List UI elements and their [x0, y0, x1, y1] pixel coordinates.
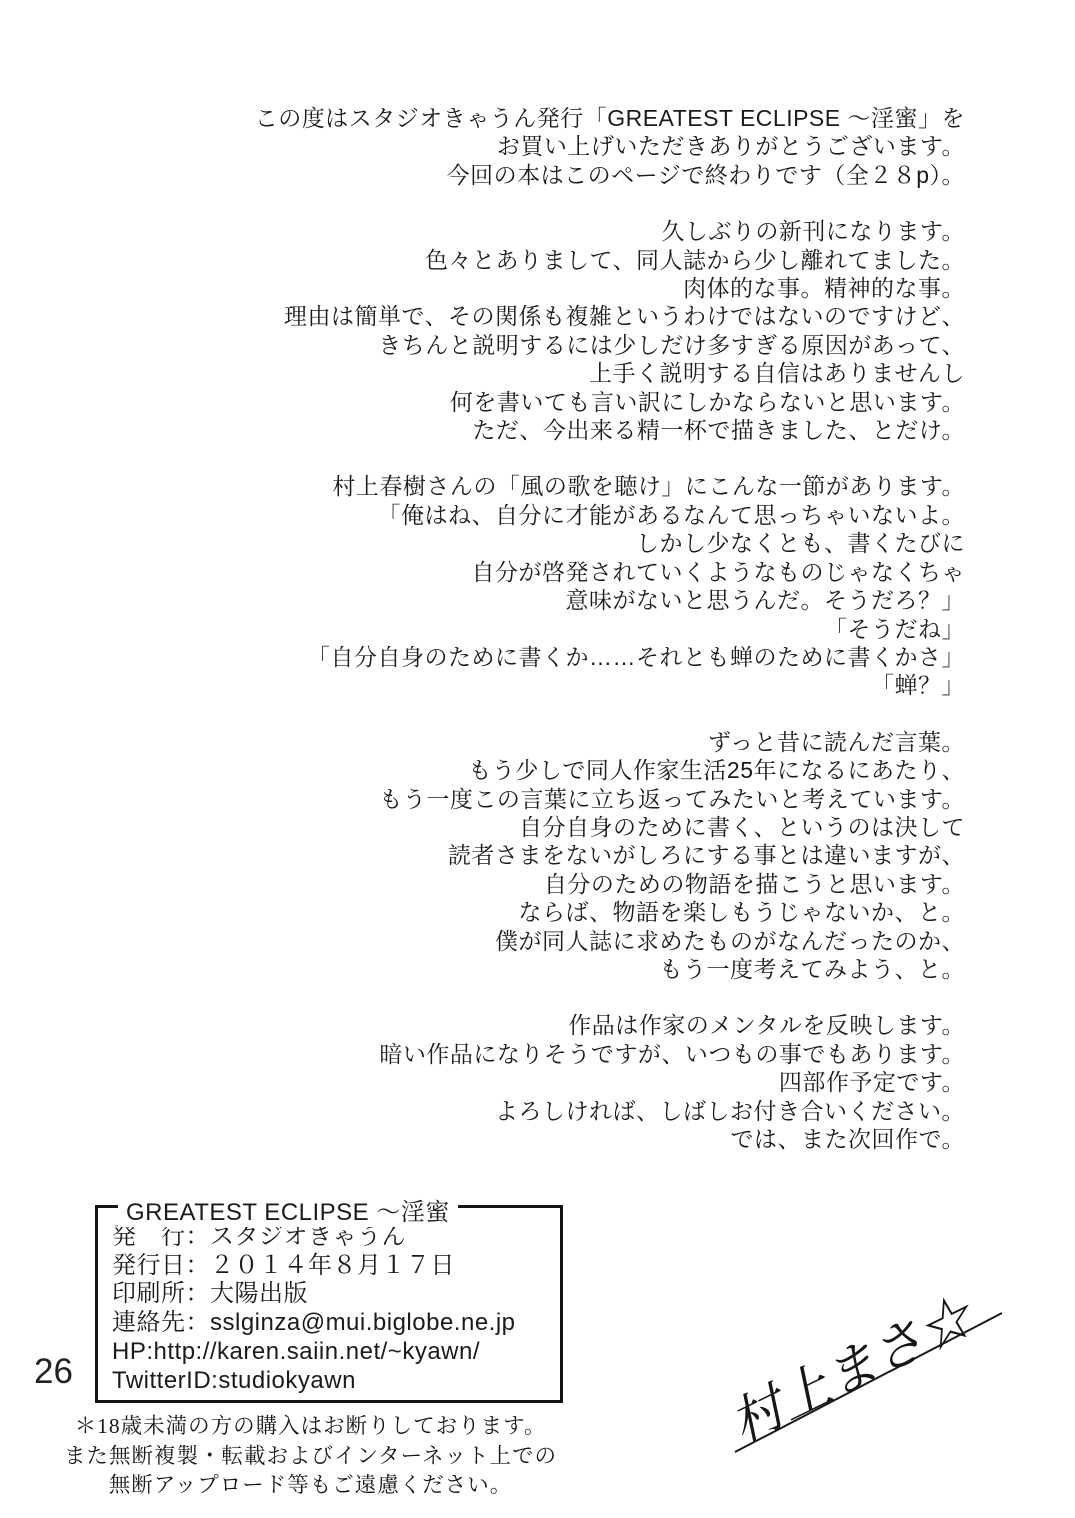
afterword-line: ずっと昔に読んだ言葉。	[80, 728, 965, 756]
colophon-printer: 印刷所：大陽出版	[112, 1280, 550, 1309]
afterword-text: この度はスタジオきゃうん発行「GREATEST ECLIPSE ～淫蜜」を お買…	[80, 104, 965, 1181]
afterword-paragraph-5: 作品は作家のメンタルを反映します。 暗い作品になりそうですが、いつもの事でもあり…	[80, 1011, 965, 1153]
colophon-homepage-url: HP:http://karen.saiin.net/~kyawn/	[112, 1338, 550, 1367]
afterword-line: 「自分自身のために書くか……それとも蝉のために書くかさ」	[80, 643, 965, 671]
colophon-publish-date: 発行日：２０１４年８月１７日	[112, 1252, 550, 1281]
afterword-line: 肉体的な事。精神的な事。	[80, 274, 965, 302]
age-restriction-notice: ＊18歳未満の方の購入はお断りしております。 また無断複製・転載およびインターネ…	[58, 1412, 563, 1501]
afterword-line: もう一度この言葉に立ち返ってみたいと考えています。	[80, 785, 965, 813]
colophon-title: GREATEST ECLIPSE ～淫蜜	[118, 1192, 458, 1227]
afterword-line: 読者さまをないがしろにする事とは違いますが、	[80, 841, 965, 869]
afterword-line: 久しぶりの新刊になります。	[80, 217, 965, 245]
afterword-line: 色々とありまして、同人誌から少し離れてました。	[80, 246, 965, 274]
colophon-twitter-id: TwitterID:studiokyawn	[112, 1367, 550, 1396]
afterword-line: 上手く説明する自信はありませんし	[80, 359, 965, 387]
afterword-line: ならば、物語を楽しもうじゃないか、と。	[80, 898, 965, 926]
afterword-line: 「俺はね、自分に才能があるなんて思っちゃいないよ。	[80, 501, 965, 529]
afterword-line: きちんと説明するには少しだけ多すぎる原因があって、	[80, 331, 965, 359]
afterword-line: しかし少なくとも、書くたびに	[80, 529, 965, 557]
afterword-line: ただ、今出来る精一杯で描きました、とだけ。	[80, 416, 965, 444]
afterword-line: 今回の本はこのページで終わりです（全２８p）。	[80, 161, 965, 189]
afterword-line: 「そうだね」	[80, 615, 965, 643]
afterword-page: この度はスタジオきゃうん発行「GREATEST ECLIPSE ～淫蜜」を お買…	[0, 0, 1075, 1518]
afterword-line: では、また次回作で。	[80, 1125, 965, 1153]
afterword-line: 何を書いても言い訳にしかならないと思います。	[80, 388, 965, 416]
disclaimer-line: 無断アップロード等もご遠慮ください。	[58, 1471, 563, 1501]
colophon-box: GREATEST ECLIPSE ～淫蜜 発 行：スタジオきゃうん 発行日：２０…	[95, 1205, 563, 1403]
disclaimer-line: ＊18歳未満の方の購入はお断りしております。	[58, 1412, 563, 1442]
colophon-contact-email: 連絡先：sslginza@mui.biglobe.ne.jp	[112, 1309, 550, 1338]
afterword-paragraph-1: この度はスタジオきゃうん発行「GREATEST ECLIPSE ～淫蜜」を お買…	[80, 104, 965, 189]
disclaimer-line: また無断複製・転載およびインターネット上での	[58, 1442, 563, 1472]
afterword-paragraph-2: 久しぶりの新刊になります。 色々とありまして、同人誌から少し離れてました。 肉体…	[80, 217, 965, 444]
afterword-line: 自分のための物語を描こうと思います。	[80, 870, 965, 898]
afterword-line: お買い上げいただきありがとうございます。	[80, 132, 965, 160]
afterword-line: よろしければ、しばしお付き合いください。	[80, 1097, 965, 1125]
afterword-line: もう少しで同人作家生活25年になるにあたり、	[80, 756, 965, 784]
afterword-line: 自分が啓発されていくようなものじゃなくちゃ	[80, 558, 965, 586]
page-number: 26	[34, 1352, 73, 1392]
afterword-line: 僕が同人誌に求めたものがなんだったのか、	[80, 927, 965, 955]
afterword-line: この度はスタジオきゃうん発行「GREATEST ECLIPSE ～淫蜜」を	[80, 104, 965, 132]
colophon-rows: 発 行：スタジオきゃうん 発行日：２０１４年８月１７日 印刷所：大陽出版 連絡先…	[98, 1208, 560, 1401]
afterword-line: もう一度考えてみよう、と。	[80, 955, 965, 983]
signature-text: 村上まさ☆	[721, 1285, 985, 1455]
afterword-line: 村上春樹さんの「風の歌を聴け」にこんな一節があります。	[80, 472, 965, 500]
afterword-paragraph-4: ずっと昔に読んだ言葉。 もう少しで同人作家生活25年になるにあたり、 もう一度こ…	[80, 728, 965, 984]
afterword-paragraph-3: 村上春樹さんの「風の歌を聴け」にこんな一節があります。 「俺はね、自分に才能があ…	[80, 472, 965, 699]
afterword-line: 理由は簡単で、その関係も複雑というわけではないのですけど、	[80, 302, 965, 330]
afterword-line: 作品は作家のメンタルを反映します。	[80, 1011, 965, 1039]
author-signature: 村上まさ☆	[650, 1275, 1070, 1485]
colophon-publisher: 発 行：スタジオきゃうん	[112, 1223, 550, 1252]
afterword-line: 意味がないと思うんだ。そうだろ？」	[80, 586, 965, 614]
afterword-line: 「蝉？」	[80, 671, 965, 699]
afterword-line: 自分自身のために書く、というのは決して	[80, 813, 965, 841]
afterword-line: 四部作予定です。	[80, 1068, 965, 1096]
afterword-line: 暗い作品になりそうですが、いつもの事でもあります。	[80, 1040, 965, 1068]
